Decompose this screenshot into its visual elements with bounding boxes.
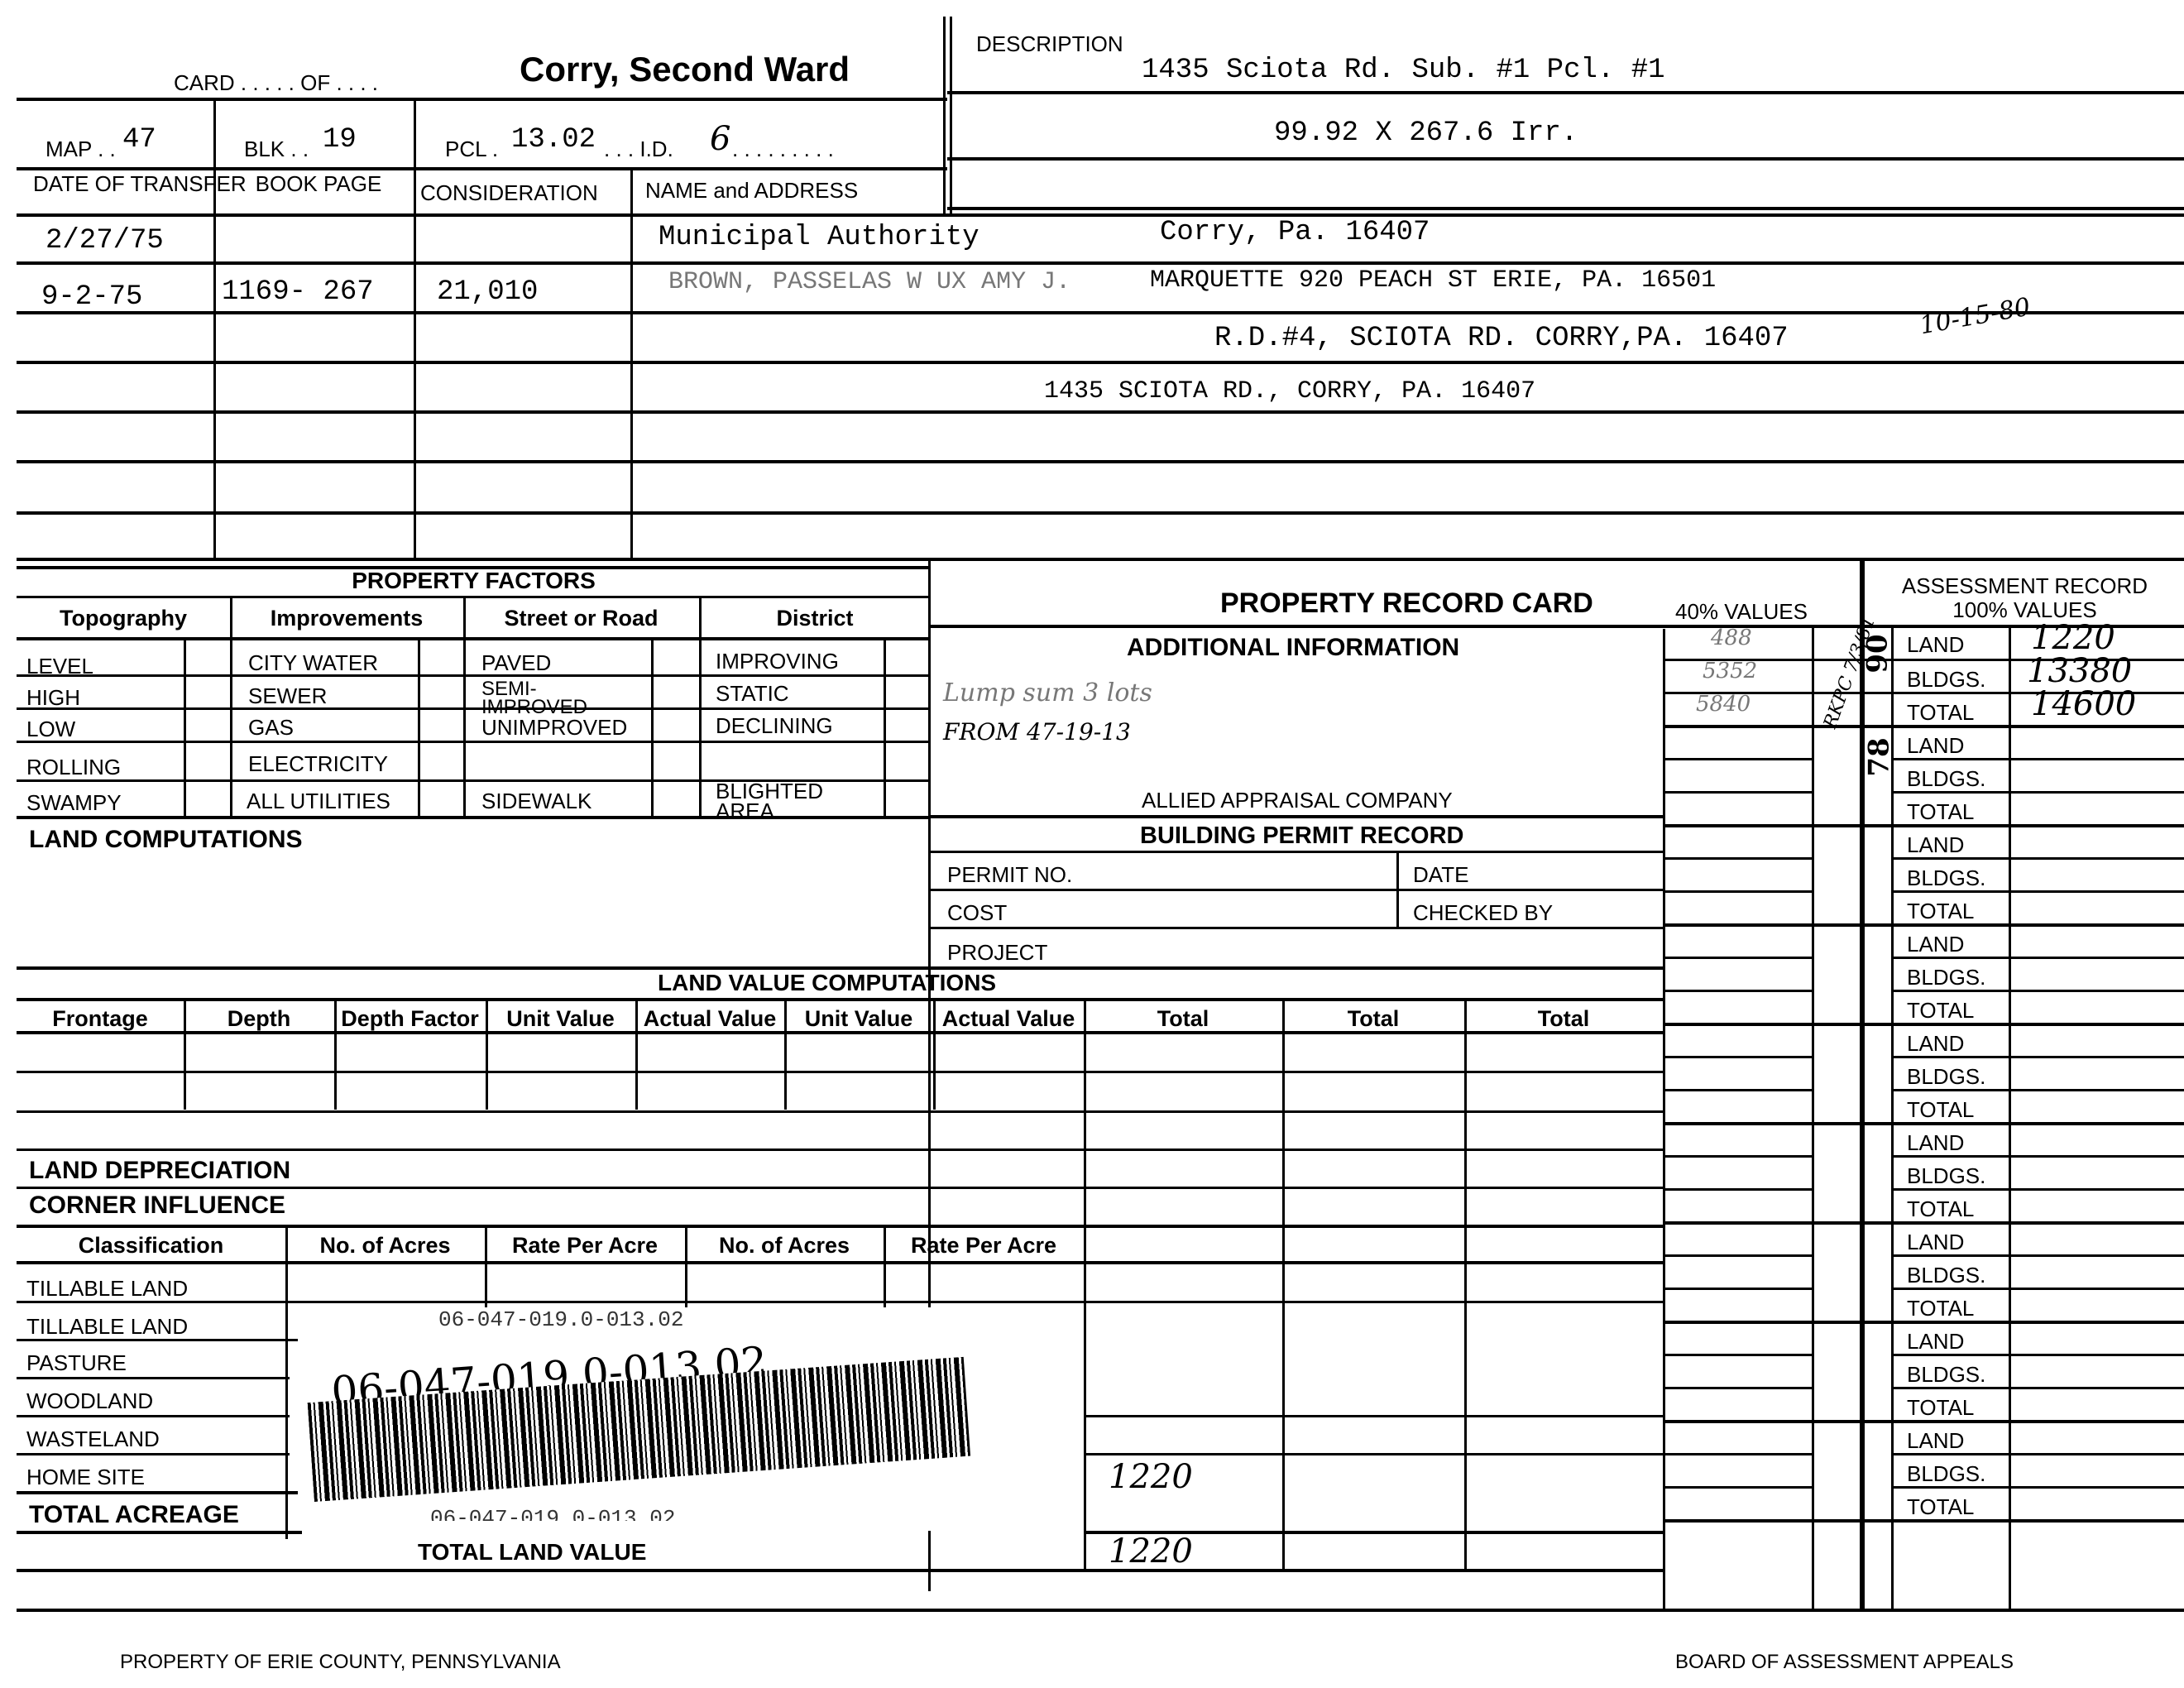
transfer-consideration: 21,010 [437, 276, 538, 308]
assessment-bldgs-label: BLDGS. [1907, 667, 1985, 693]
additional-note-1: Lump sum 3 lots [943, 679, 1152, 707]
improvements-city-water: CITY WATER [248, 650, 378, 676]
street-paved: PAVED [481, 650, 551, 676]
pcl-label: PCL . [445, 137, 498, 162]
assessment-bldgs-label: BLDGS. [1907, 1064, 1985, 1090]
classification-woodland: WOODLAND [26, 1388, 153, 1414]
transfer-date: 2/27/75 [45, 225, 164, 257]
date-of-transfer-header: DATE OF TRANSFER [33, 174, 199, 194]
map-value: 47 [122, 124, 156, 156]
assessment-total-label: TOTAL [1907, 998, 1974, 1024]
assessment-total-label: TOTAL [1907, 700, 1974, 726]
unit-value-header-2: Unit Value [784, 1006, 933, 1032]
property-factors-title: PROPERTY FACTORS [17, 568, 931, 594]
land-computations-title: LAND COMPUTATIONS [29, 826, 303, 854]
footer-county: PROPERTY OF ERIE COUNTY, PENNSYLVANIA [120, 1651, 561, 1674]
description-line-2: 99.92 X 267.6 Irr. [1274, 117, 1578, 149]
barcode-printed-bottom: 06-047-019.0-013.02 [430, 1506, 675, 1521]
assessment-land-label: LAND [1907, 1130, 1964, 1156]
assessment-bldgs-label: BLDGS. [1907, 1263, 1985, 1288]
permit-date-label: DATE [1413, 862, 1468, 888]
building-permit-title: BUILDING PERMIT RECORD [1140, 822, 1464, 850]
classification-tillable-land: TILLABLE LAND [26, 1276, 188, 1302]
land-value-computations-title: LAND VALUE COMPUTATIONS [658, 970, 996, 996]
assessment-total-label: TOTAL [1907, 1196, 1974, 1222]
depth-header: Depth [184, 1006, 334, 1032]
appraiser-name: ALLIED APPRAISAL COMPANY [1142, 788, 1453, 813]
frontage-header: Frontage [17, 1006, 184, 1032]
total-header-3: Total [1464, 1006, 1663, 1032]
assessment-bldgs-label: BLDGS. [1907, 866, 1985, 891]
forty-pct-total: 5840 [1696, 692, 1751, 717]
permit-no-label: PERMIT NO. [947, 862, 1072, 888]
assessment-land-label: LAND [1907, 1428, 1964, 1454]
transfer-address: Corry, Pa. 16407 [1160, 217, 1430, 248]
transfer-name: Municipal Authority [659, 222, 979, 253]
permit-checked-by-label: CHECKED BY [1413, 900, 1553, 926]
book-page-header: BOOK PAGE [236, 174, 401, 194]
street-semi-improved: SEMI-IMPROVED [481, 680, 630, 717]
assessment-record-title: ASSESSMENT RECORD [1865, 574, 2184, 597]
assessment-total-label: TOTAL [1907, 1395, 1974, 1421]
assessment-land-label: LAND [1907, 1230, 1964, 1255]
total-land-value: 1220 [1109, 1532, 1193, 1571]
forty-pct-land: 488 [1711, 626, 1752, 650]
classification-home-site: HOME SITE [26, 1465, 145, 1490]
assessment-land-label: LAND [1907, 932, 1964, 957]
total-header-2: Total [1282, 1006, 1464, 1032]
forty-pct-bldgs: 5352 [1703, 659, 1757, 683]
district-blighted-area: BLIGHTED AREA [716, 781, 881, 821]
improvements-gas: GAS [248, 715, 294, 741]
card-of-label: CARD . . . . . OF . . . . [174, 70, 378, 96]
assessment-land-label: LAND [1907, 1031, 1964, 1057]
rate-per-acre-header: Rate Per Acre [485, 1233, 685, 1259]
id-dots: . . . . . . . . . [732, 137, 834, 162]
id-label: . . . I.D. [604, 137, 673, 162]
topography-level: LEVEL [26, 654, 93, 679]
street-unimproved: UNIMPROVED [481, 715, 627, 741]
year-mark-78: 78 [1863, 737, 1896, 776]
improvements-electricity: ELECTRICITY [248, 751, 388, 777]
improvements-sewer: SEWER [248, 683, 327, 709]
topography-swampy: SWAMPY [26, 790, 122, 816]
pcl-value: 13.02 [511, 124, 596, 156]
improvements-header: Improvements [230, 606, 463, 631]
total-acreage-label: TOTAL ACREAGE [29, 1501, 239, 1529]
district-static: STATIC [716, 681, 789, 707]
assessment-land-label: LAND [1907, 632, 1964, 658]
district-declining: DECLINING [716, 713, 833, 739]
street-road-header: Street or Road [463, 606, 699, 631]
transfer-book-page: 1169- 267 [222, 276, 374, 308]
assessment-land-label: LAND [1907, 733, 1964, 759]
description-label: DESCRIPTION [976, 31, 1123, 57]
classification-pasture: PASTURE [26, 1350, 127, 1376]
description-line-1: 1435 Sciota Rd. Sub. #1 Pcl. #1 [1142, 55, 1665, 86]
street-sidewalk: SIDEWALK [481, 789, 591, 814]
forty-percent-values-label: 40% VALUES [1675, 599, 1808, 625]
improvements-all-utilities: ALL UTILITIES [247, 789, 390, 814]
year-mark-90: 90 [1861, 634, 1894, 673]
assessment-bldgs-label: BLDGS. [1907, 1362, 1985, 1388]
transfer-name: BROWN, PASSELAS W UX AMY J. [668, 268, 1070, 296]
address-line-3: R.D.#4, SCIOTA RD. CORRY,PA. 16407 [1214, 323, 1789, 354]
topography-high: HIGH [26, 685, 80, 711]
assessment-total-label: TOTAL [1907, 799, 1974, 825]
assessment-land-label: LAND [1907, 1329, 1964, 1355]
topography-low: LOW [26, 717, 75, 742]
no-of-acres-header: No. of Acres [285, 1233, 485, 1259]
district-improving: IMPROVING [716, 649, 839, 674]
additional-information-title: ADDITIONAL INFORMATION [1127, 634, 1459, 662]
consideration-header: CONSIDERATION [420, 180, 598, 206]
corner-influence-label: CORNER INFLUENCE [29, 1192, 285, 1220]
blk-label: BLK . . [244, 137, 309, 162]
assessment-total-label: TOTAL [1907, 1494, 1974, 1520]
blk-value: 19 [323, 124, 357, 156]
map-label: MAP . . [45, 137, 116, 162]
footer-board: BOARD OF ASSESSMENT APPEALS [1675, 1651, 2014, 1674]
unit-value-header: Unit Value [486, 1006, 635, 1032]
transfer-date: 9-2-75 [41, 281, 142, 313]
topography-header: Topography [17, 606, 230, 631]
assessment-total-value: 14600 [2031, 685, 2136, 723]
barcode-sticker: 06-047-019.0-013.02 06-047-019.0-013.02 … [298, 1307, 960, 1531]
land-depreciation-label: LAND DEPRECIATION [29, 1157, 290, 1185]
actual-value-header-2: Actual Value [933, 1006, 1084, 1032]
classification-header: Classification [17, 1233, 285, 1259]
depth-factor-header: Depth Factor [334, 1006, 486, 1032]
assessment-bldgs-label: BLDGS. [1907, 1163, 1985, 1189]
classification-tillable-land-2: TILLABLE LAND [26, 1314, 188, 1340]
address-line-4: 1435 SCIOTA RD., CORRY, PA. 16407 [1044, 377, 1535, 405]
assessment-bldgs-label: BLDGS. [1907, 766, 1985, 792]
topography-rolling: ROLLING [26, 755, 121, 780]
transfer-address: MARQUETTE 920 PEACH ST ERIE, PA. 16501 [1150, 266, 1716, 295]
permit-project-label: PROJECT [947, 940, 1047, 966]
property-record-card-title: PROPERTY RECORD CARD [1220, 587, 1593, 620]
home-site-total-value: 1220 [1109, 1458, 1193, 1496]
actual-value-header: Actual Value [635, 1006, 784, 1032]
no-of-acres-header-2: No. of Acres [685, 1233, 884, 1259]
name-address-header: NAME and ADDRESS [645, 178, 858, 204]
id-value: 6 [710, 120, 730, 158]
location-title: Corry, Second Ward [520, 50, 850, 89]
barcode-printed-top: 06-047-019.0-013.02 [438, 1307, 683, 1332]
permit-cost-label: COST [947, 900, 1007, 926]
assessment-land-label: LAND [1907, 832, 1964, 858]
assessment-subtitle: 100% VALUES [1865, 597, 2184, 623]
assessment-total-label: TOTAL [1907, 1296, 1974, 1321]
assessment-bldgs-label: BLDGS. [1907, 1461, 1985, 1487]
total-land-value-label: TOTAL LAND VALUE [418, 1539, 646, 1566]
additional-note-2: FROM 47-19-13 [943, 718, 1131, 746]
classification-wasteland: WASTELAND [26, 1427, 160, 1452]
assessment-total-label: TOTAL [1907, 899, 1974, 924]
rate-per-acre-header-2: Rate Per Acre [884, 1233, 1084, 1259]
district-header: District [699, 606, 931, 631]
total-header-1: Total [1084, 1006, 1282, 1032]
assessment-total-label: TOTAL [1907, 1097, 1974, 1123]
address-line-3-date: 10-15-80 [1918, 293, 2033, 341]
assessment-bldgs-label: BLDGS. [1907, 965, 1985, 990]
